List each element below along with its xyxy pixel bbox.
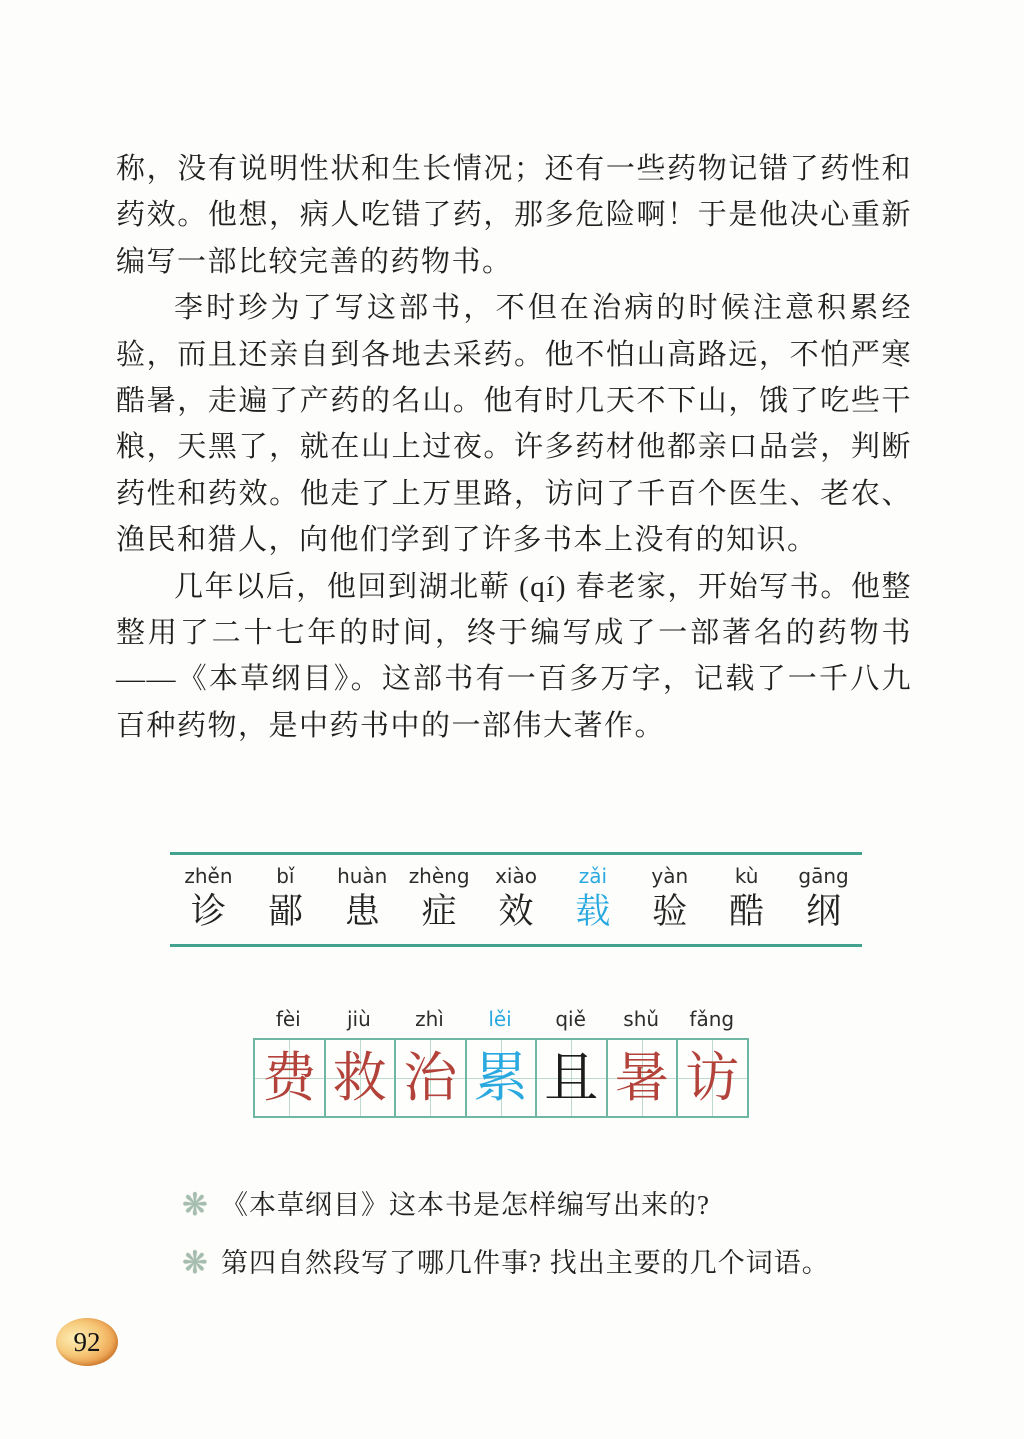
grid-cell: 且	[537, 1040, 608, 1116]
recognition-entry: gāng纲	[785, 864, 862, 934]
recognition-entry: kù酷	[708, 864, 785, 934]
grid-cell: 访	[678, 1040, 747, 1116]
question-text: 第四自然段写了哪几件事? 找出主要的几个词语。	[221, 1244, 830, 1282]
pinyin-label: qiě	[535, 1007, 606, 1031]
pinyin-label: bǐ	[247, 864, 324, 888]
page-number-badge: 92	[56, 1318, 118, 1366]
question-item: ❋第四自然段写了哪几件事? 找出主要的几个词语。	[182, 1244, 902, 1282]
pinyin-label: kù	[708, 864, 785, 888]
character: 累	[474, 1051, 528, 1105]
paragraph: 几年以后，他回到湖北蕲 (qí) 春老家，开始写书。他整整用了二十七年的时间，终…	[116, 564, 912, 750]
recognition-entry: bǐ鄙	[247, 864, 324, 934]
body-text: 称，没有说明性状和生长情况；还有一些药物记错了药性和药效。他想，病人吃错了药，那…	[116, 146, 912, 749]
pinyin-label: zhì	[394, 1007, 465, 1031]
grid-cell: 治	[396, 1040, 467, 1116]
recognition-entry: zhěn诊	[170, 864, 247, 934]
question-item: ❋《本草纲目》这本书是怎样编写出来的?	[182, 1186, 902, 1224]
question-list: ❋《本草纲目》这本书是怎样编写出来的?❋第四自然段写了哪几件事? 找出主要的几个…	[182, 1186, 902, 1302]
recognition-entry: xiào效	[478, 864, 555, 934]
recognition-table: zhěn诊bǐ鄙huàn患zhèng症xiào效zǎi载yàn验kù酷gāng纲	[170, 852, 862, 947]
recognition-entry: huàn患	[324, 864, 401, 934]
grid-cell: 暑	[608, 1040, 679, 1116]
pinyin-label: huàn	[324, 864, 401, 888]
pinyin-label: jiù	[324, 1007, 395, 1031]
character: 费	[262, 1051, 316, 1105]
character: 鄙	[247, 890, 324, 934]
paragraph: 称，没有说明性状和生长情况；还有一些药物记错了药性和药效。他想，病人吃错了药，那…	[116, 146, 912, 285]
character: 患	[324, 890, 401, 934]
pinyin-label: fèi	[253, 1007, 324, 1031]
recognition-entry: zhèng症	[401, 864, 478, 934]
character: 纲	[785, 890, 862, 934]
character: 症	[401, 890, 478, 934]
character: 救	[333, 1051, 387, 1105]
grid-cell: 救	[326, 1040, 397, 1116]
pinyin-label: shǔ	[606, 1007, 677, 1031]
flower-icon: ❋	[182, 1186, 208, 1224]
character: 效	[478, 890, 555, 934]
question-text: 《本草纲目》这本书是怎样编写出来的?	[221, 1186, 710, 1224]
pinyin-label: zǎi	[554, 864, 631, 888]
pinyin-label: zhěn	[170, 864, 247, 888]
page-number: 92	[74, 1327, 101, 1358]
pinyin-label: fǎng	[676, 1007, 747, 1031]
recognition-entry: zǎi载	[554, 864, 631, 934]
character: 验	[631, 890, 708, 934]
writing-grid: 费救治累且暑访	[253, 1038, 749, 1118]
character: 载	[554, 890, 631, 934]
writing-pinyin-row: fèijiùzhìlěiqiěshǔfǎng	[253, 1007, 747, 1031]
pinyin-label: lěi	[465, 1007, 536, 1031]
grid-cell: 费	[255, 1040, 326, 1116]
pinyin-label: xiào	[478, 864, 555, 888]
grid-cell: 累	[467, 1040, 538, 1116]
textbook-page: 称，没有说明性状和生长情况；还有一些药物记错了药性和药效。他想，病人吃错了药，那…	[0, 0, 1024, 1439]
character: 暑	[615, 1051, 669, 1105]
recognition-entry: yàn验	[631, 864, 708, 934]
pinyin-label: gāng	[785, 864, 862, 888]
character: 访	[685, 1051, 739, 1105]
pinyin-label: zhèng	[401, 864, 478, 888]
character: 且	[544, 1051, 598, 1105]
pinyin-label: yàn	[631, 864, 708, 888]
character: 酷	[708, 890, 785, 934]
paragraph: 李时珍为了写这部书，不但在治病的时候注意积累经验，而且还亲自到各地去采药。他不怕…	[116, 285, 912, 563]
character: 治	[403, 1051, 457, 1105]
flower-icon: ❋	[182, 1244, 208, 1282]
character: 诊	[170, 890, 247, 934]
